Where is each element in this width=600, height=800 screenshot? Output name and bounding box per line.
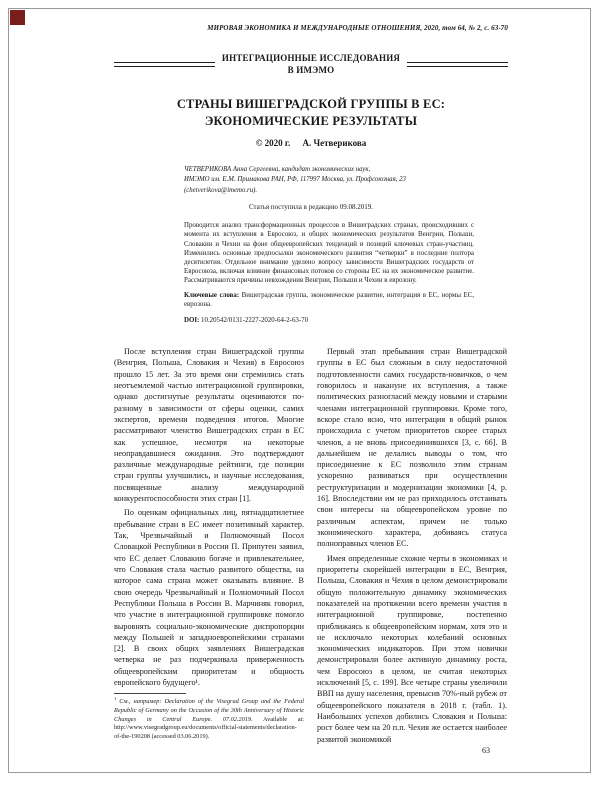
section-heading-line2: В ИМЭМО bbox=[222, 64, 400, 76]
corner-marker bbox=[10, 10, 25, 25]
copyright-year: © 2020 г. bbox=[256, 138, 291, 148]
section-banner: ИНТЕГРАЦИОННЫЕ ИССЛЕДОВАНИЯ В ИМЭМО bbox=[114, 52, 508, 76]
doi-label: DOI: bbox=[184, 317, 199, 324]
article-title-line1: СТРАНЫ ВИШЕГРАДСКОЙ ГРУППЫ В ЕС: bbox=[114, 96, 508, 112]
page-number: 63 bbox=[482, 746, 490, 755]
section-heading: ИНТЕГРАЦИОННЫЕ ИССЛЕДОВАНИЯ В ИМЭМО bbox=[222, 52, 400, 76]
right-column: Первый этап пребывания стран Вишеградско… bbox=[317, 346, 507, 748]
body-paragraph: Первый этап пребывания стран Вишеградско… bbox=[317, 346, 507, 550]
body-columns: После вступления стран Вишеградской груп… bbox=[114, 346, 508, 748]
page-content: МИРОВАЯ ЭКОНОМИКА И МЕЖДУНАРОДНЫЕ ОТНОШЕ… bbox=[114, 24, 508, 748]
author-info-line2: ИМЭМО им. Е.М. Примакова РАН, РФ, 117997… bbox=[184, 175, 474, 196]
body-paragraph: По оценкам официальных лиц, пятнадцатиле… bbox=[114, 507, 304, 688]
left-column: После вступления стран Вишеградской груп… bbox=[114, 346, 304, 748]
footnote-rule bbox=[114, 693, 186, 694]
copyright-line: © 2020 г. А. Четверикова bbox=[114, 138, 508, 148]
keywords-line: Ключевые слова: Вишеградская группа, эко… bbox=[184, 292, 474, 310]
section-heading-line1: ИНТЕГРАЦИОННЫЕ ИССЛЕДОВАНИЯ bbox=[222, 52, 400, 64]
journal-page: МИРОВАЯ ЭКОНОМИКА И МЕЖДУНАРОДНЫЕ ОТНОШЕ… bbox=[0, 0, 600, 800]
doi-line: DOI: 10.20542/0131-2227-2020-64-2-63-70 bbox=[184, 317, 474, 326]
footnote: 1 См., например: Declaration of the Vise… bbox=[114, 693, 304, 741]
banner-right-rule bbox=[407, 62, 508, 67]
body-paragraph: Имея определенные схожие черты в экономи… bbox=[317, 553, 507, 745]
journal-header-line: МИРОВАЯ ЭКОНОМИКА И МЕЖДУНАРОДНЫЕ ОТНОШЕ… bbox=[114, 24, 508, 32]
article-title-line2: ЭКОНОМИЧЕСКИЕ РЕЗУЛЬТАТЫ bbox=[114, 113, 508, 129]
footnote-marker: 1 bbox=[114, 696, 116, 701]
banner-left-rule bbox=[114, 62, 215, 67]
footnote-text: 1 См., например: Declaration of the Vise… bbox=[114, 696, 304, 741]
abstract-text: Проводится анализ трансформационных проц… bbox=[184, 221, 474, 285]
keywords-label: Ключевые слова: bbox=[184, 292, 239, 299]
author-info: ЧЕТВЕРИКОВА Анна Сергеевна, кандидат эко… bbox=[184, 165, 474, 197]
received-line: Статья поступила в редакцию 09.08.2019. bbox=[114, 203, 508, 211]
article-title: СТРАНЫ ВИШЕГРАДСКОЙ ГРУППЫ В ЕС: ЭКОНОМИ… bbox=[114, 96, 508, 129]
doi-text: 10.20542/0131-2227-2020-64-2-63-70 bbox=[201, 317, 308, 324]
author-info-line1: ЧЕТВЕРИКОВА Анна Сергеевна, кандидат эко… bbox=[184, 165, 474, 176]
footnote-lead: См., например: bbox=[119, 699, 161, 706]
body-paragraph: После вступления стран Вишеградской груп… bbox=[114, 346, 304, 504]
copyright-author: А. Четверикова bbox=[303, 138, 367, 148]
